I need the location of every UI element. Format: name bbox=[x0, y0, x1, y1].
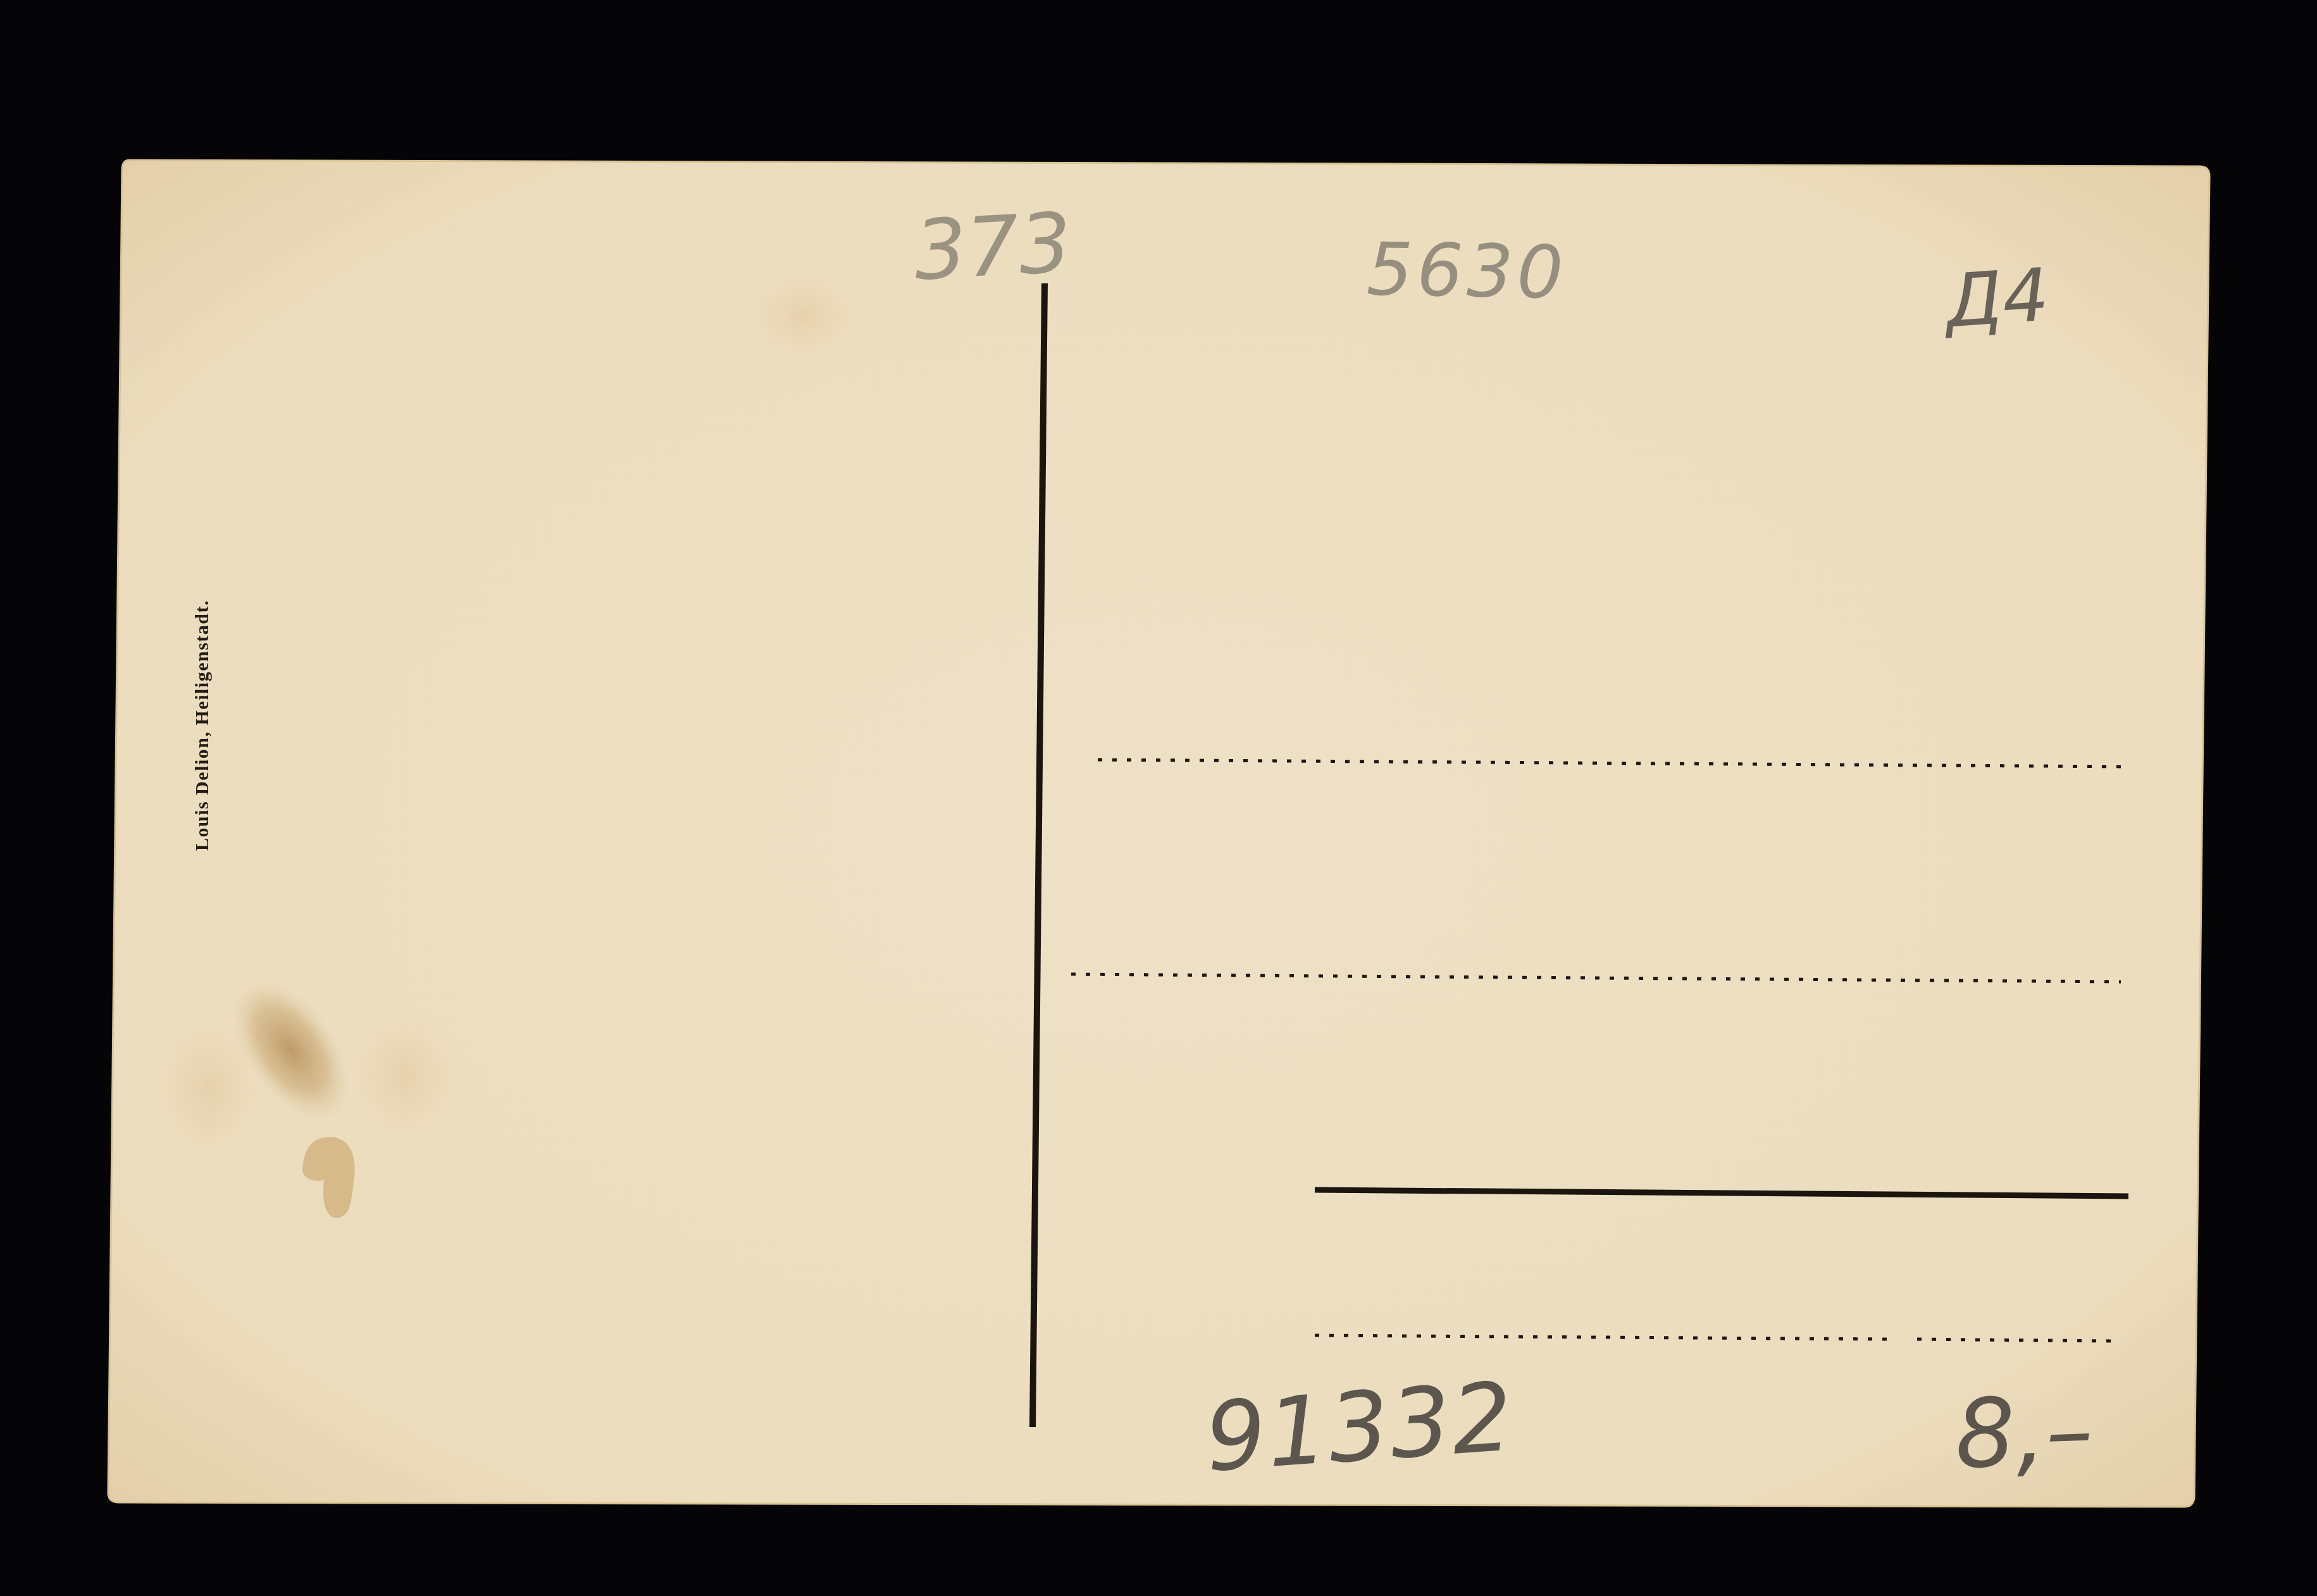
handwritten-number-5630: 5630 bbox=[1366, 233, 1568, 310]
handwritten-number-91332: 91332 bbox=[1202, 1370, 1516, 1486]
handwritten-mark-d4: Д4 bbox=[1943, 259, 2051, 338]
card-paper bbox=[108, 160, 2209, 1507]
handwritten-number-373: 373 bbox=[912, 202, 1074, 292]
handwritten-price: 8,– bbox=[1953, 1383, 2094, 1483]
publisher-imprint: Louis Delion, Heiligenstadt. bbox=[193, 600, 212, 851]
postcard-artwork bbox=[0, 0, 2317, 1596]
postcard-back: Louis Delion, Heiligenstadt. 373 5630 Д4… bbox=[0, 0, 2317, 1596]
